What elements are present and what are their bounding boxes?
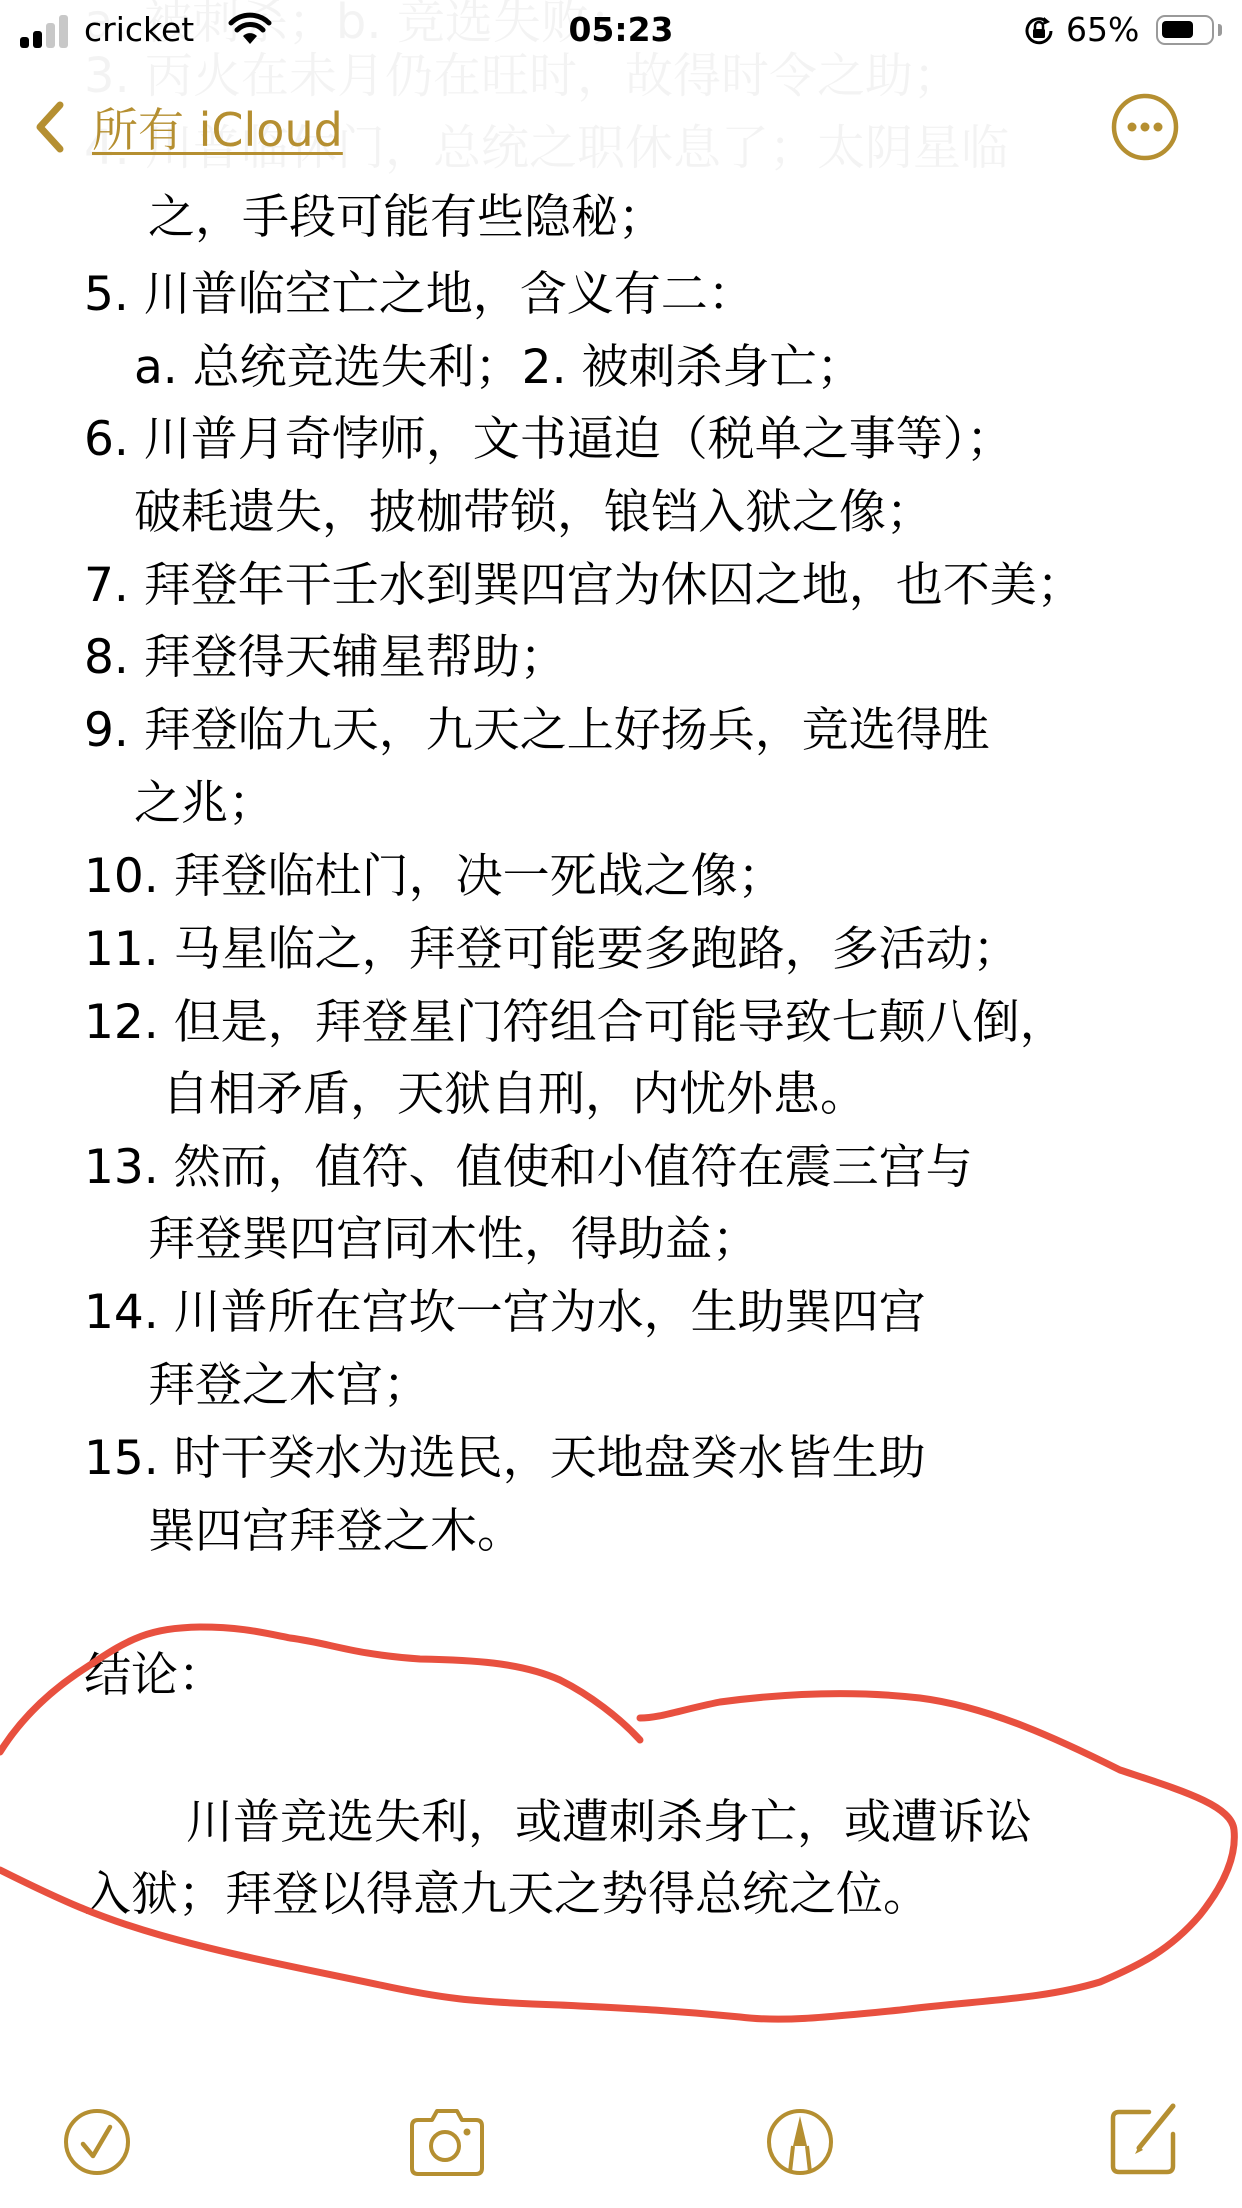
note-line: 6. 川普月奇悖师，文书逼迫（税单之事等）； [84, 412, 1013, 468]
ellipsis-circle-icon[interactable] [1110, 92, 1180, 162]
note-line: 5. 川普临空亡之地，含义有二： [84, 267, 755, 323]
note-line: 破耗遗失，披枷带锁，锒铛入狱之像； [134, 485, 933, 541]
note-line: 之兆； [134, 776, 275, 832]
note-line: 自相矛盾，天狱自刑，内忧外患。 [162, 1067, 867, 1123]
back-label: 所有 iCloud [92, 94, 343, 160]
note-line: 12. 但是，拜登星门符组合可能导致七颠八倒， [84, 995, 1067, 1051]
battery-icon [1156, 15, 1214, 45]
note-line: 拜登巽四宫同木性，得助益； [148, 1212, 759, 1268]
camera-icon[interactable] [407, 2102, 487, 2182]
battery-percent: 65% [1066, 10, 1139, 49]
note-line: 13. 然而，值符、值使和小值符在震三宫与 [84, 1140, 973, 1196]
note-line: a. 总统竞选失利；2. 被刺杀身亡； [134, 340, 863, 396]
back-button[interactable]: 所有 iCloud [30, 92, 343, 162]
note-line: 之，手段可能有些隐秘； [148, 190, 665, 246]
note-line: 7. 拜登年干壬水到巽四宫为休囚之地，也不美； [84, 558, 1084, 614]
conclusion-line: 川普竞选失利，或遭刺杀身亡，或遭诉讼 [186, 1795, 1032, 1851]
checkmark-circle-icon[interactable] [57, 2102, 137, 2182]
note-line: 拜登之木宫； [148, 1358, 430, 1414]
note-line: 14. 川普所在宫坎一宫为水，生助巽四宫 [84, 1285, 926, 1341]
orientation-lock-icon [1022, 14, 1056, 48]
markup-pen-icon[interactable] [760, 2102, 840, 2182]
note-line: 15. 时干癸水为选民，天地盘癸水皆生助 [84, 1431, 926, 1487]
note-line: 11. 马星临之，拜登可能要多跑路，多活动； [84, 922, 1020, 978]
note-line: 8. 拜登得天辅星帮助； [84, 630, 567, 686]
battery-nub [1218, 24, 1222, 36]
status-bar: cricket 05:23 65% [0, 0, 1242, 62]
note-line: 巽四宫拜登之木。 [148, 1504, 524, 1560]
note-line: 10. 拜登临杜门，决一死战之像； [84, 849, 785, 905]
chevron-left-icon [30, 97, 70, 157]
conclusion-line: 入狱；拜登以得意九天之势得总统之位。 [84, 1867, 930, 1923]
conclusion-heading: 结论： [84, 1648, 225, 1704]
compose-icon[interactable] [1105, 2100, 1185, 2180]
note-line: 9. 拜登临九天，九天之上好扬兵，竞选得胜 [84, 703, 990, 759]
